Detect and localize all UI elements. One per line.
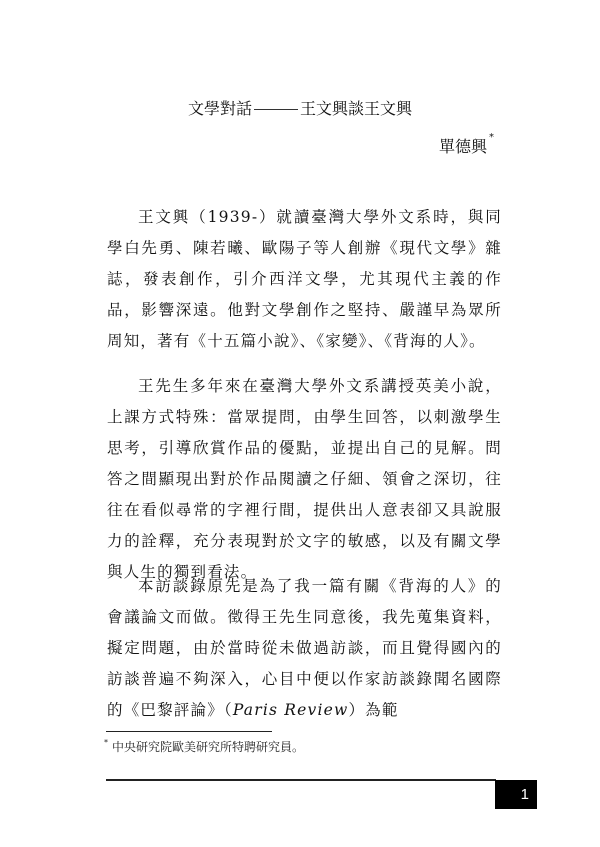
paragraph-3: 本訪談錄原先是為了我一篇有關《背海的人》的會議論文而做。徵得王先生同意後，我先蒐… <box>107 571 502 726</box>
author-name: 單德興 <box>439 137 487 156</box>
paragraph-text: 王先生多年來在臺灣大學外文系講授英美小說，上課方式特殊：當眾提問，由學生回答，以… <box>107 371 502 588</box>
title-subtitle: 王文興談王文興 <box>300 99 412 118</box>
paragraph-text-start: 本訪談錄原先是為了我一篇有關《背海的人》的會議論文而做。徵得王先生同意後，我先蒐… <box>107 577 502 719</box>
footnote-separator <box>106 731 272 732</box>
title-main: 文學對話 <box>188 99 252 118</box>
footnote-text: 中央研究院歐美研究所特聘研究員。 <box>112 740 304 754</box>
footnote-mark: * <box>104 738 108 747</box>
em-dash-rule <box>254 109 298 110</box>
author-line: 單德興* <box>439 134 494 157</box>
footer-rule <box>106 779 496 781</box>
paragraph-text: 本訪談錄原先是為了我一篇有關《背海的人》的會議論文而做。徵得王先生同意後，我先蒐… <box>107 571 502 726</box>
paragraph-text: 王文興（1939-）就讀臺灣大學外文系時，與同學白先勇、陳若曦、歐陽子等人創辦《… <box>107 202 502 357</box>
document-title: 文學對話王文興談王文興 <box>0 96 600 119</box>
paragraph-2: 王先生多年來在臺灣大學外文系講授英美小說，上課方式特殊：當眾提問，由學生回答，以… <box>107 371 502 588</box>
paris-review-italic: Paris Review <box>233 701 349 719</box>
page-number-box: 1 <box>495 780 537 809</box>
footnote-marker[interactable]: * <box>489 132 494 143</box>
paragraph-text-end: ）為範 <box>348 701 398 719</box>
document-page: 文學對話王文興談王文興 單德興* 王文興（1939-）就讀臺灣大學外文系時，與同… <box>0 0 600 847</box>
page-number: 1 <box>521 786 529 803</box>
footnote: *中央研究院歐美研究所特聘研究員。 <box>104 738 304 755</box>
paragraph-1: 王文興（1939-）就讀臺灣大學外文系時，與同學白先勇、陳若曦、歐陽子等人創辦《… <box>107 202 502 357</box>
